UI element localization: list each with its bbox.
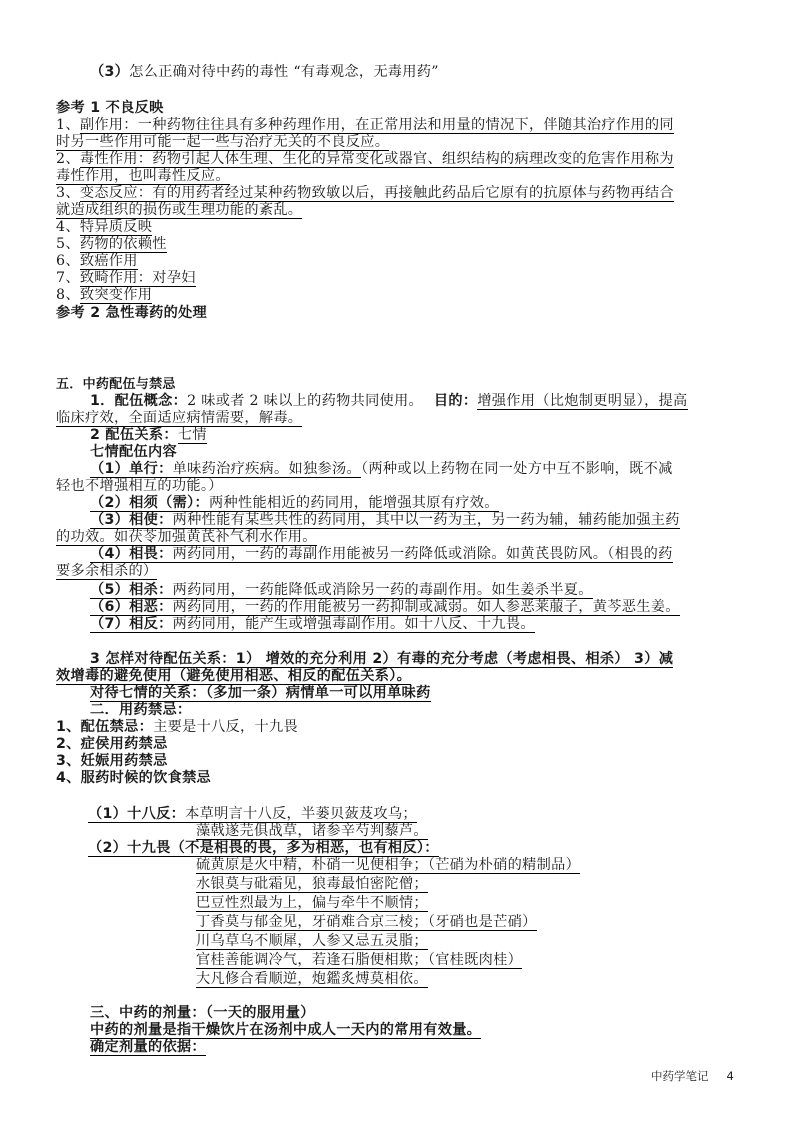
verse-line: 大凡修合看顺逆，炮鑑炙煿莫相依。 — [196, 971, 428, 988]
purpose-cont: 临床疗效，全面适应病情需要，解毒。 — [56, 410, 302, 427]
item-text: 药物的依赖性 — [80, 236, 167, 253]
verse-line: 巴豆性烈最为上，偏与牵牛不顺情； — [196, 895, 428, 912]
contra-item-1: 1、配伍禁忌：主要是十八反，十九畏 — [56, 719, 298, 736]
qiqing-label: （6）相恶： — [90, 599, 173, 615]
toxicity-attitude-line: （3）怎么正确对待中药的毒性 “有毒观念，无毒用药” — [90, 64, 439, 81]
nineteen-verse-3: 巴豆性烈最为上，偏与牵牛不顺情； — [196, 895, 428, 912]
item-text: 变态反应：有的用药者经过某种药物致敏以后，再接触此药品后它原有的抗原体与药物再结… — [80, 185, 674, 202]
verse-line: 官桂善能调冷气，若逢石脂便相欺；（官桂既肉桂） — [196, 952, 522, 969]
ref1-item-4: 4、特异质反映 — [56, 219, 152, 236]
qiqing-1: （1）单行：单味药治疗疾病。如独参汤。（两种或以上药物在同一处方中互不影响，既不… — [90, 461, 673, 478]
qiqing-text: 两种性能相近的药同用，能增强其原有疗效。 — [209, 495, 499, 511]
concept-label: 1．配伍概念： — [90, 393, 187, 409]
ref1-item-6: 6、致癌作用 — [56, 253, 138, 270]
relation-line: 2 配伍关系：七情 — [90, 427, 207, 444]
item-text: 致突变作用 — [80, 287, 152, 304]
ref1-title: 参考 1 不良反映 — [56, 100, 164, 117]
dosage-basis-text: 确定剂量的依据： — [90, 1039, 206, 1056]
qiqing-text: 的功效。如茯苓加强黄芪补气利水作用。 — [56, 529, 317, 546]
ref1-item-2: 2、毒性作用：药物引起人体生理、生化的异常变化或器官、组织结构的病理改变的危害作… — [56, 151, 674, 168]
purpose-text: 临床疗效，全面适应病情需要，解毒。 — [56, 410, 302, 427]
verse-line: 藻戟遂芫俱战草，诸参辛芍判藜芦。 — [196, 823, 428, 840]
contra-item-2: 2、症侯用药禁忌 — [56, 736, 168, 753]
ref1-item-8: 8、致突变作用 — [56, 287, 152, 304]
relation-label: 2 配伍关系： — [90, 427, 178, 443]
qiqing-4-cont: 要多余相杀的） — [56, 563, 157, 580]
verse-line: 丁香莫与郁金见，牙硝难合京三棱；（牙硝也是芒硝） — [196, 914, 537, 931]
qiqing-7: （7）相反：两药同用，能产生或增强毒副作用。如十八反、十九畏。 — [90, 616, 535, 633]
qiqing-text: 单味药治疗疾病。如独参汤。 — [173, 461, 361, 477]
ref1-item-3-cont: 就造成组织的损伤或生理功能的紊乱。 — [56, 202, 302, 219]
nineteen-verse-5: 川乌草乌不顺犀，人参又忌五灵脂； — [196, 933, 428, 950]
concept-text: 2 味或者 2 味以上的药物共同使用。 — [187, 393, 423, 409]
handle-text: 效增毒的避免使用（避免使用相恶、相反的配伍关系）。 — [56, 668, 411, 685]
item-number: 4、 — [56, 219, 80, 235]
nineteen-verse-2: 水银莫与砒霜见，狼毒最怕密陀僧； — [196, 876, 428, 893]
contra-text: 主要是十八反，十九畏 — [153, 719, 298, 735]
item-number: 6、 — [56, 253, 80, 269]
eighteen-label: （1）十八反： — [88, 806, 185, 822]
page-number: 4 — [727, 1069, 734, 1083]
nineteen-fears: （2）十九畏（不是相畏的畏，多为相恶，也有相反）： — [88, 840, 439, 857]
qiqing-label: （4）相畏： — [90, 546, 173, 562]
qiqing-title: 七情配伍内容 — [90, 444, 177, 461]
item-text: 致畸作用：对孕妇 — [80, 270, 196, 287]
eighteen-opposites: （1）十八反：本草明言十八反，半蒌贝蔹芨攻乌； — [88, 806, 417, 823]
nineteen-verse-4: 丁香莫与郁金见，牙硝难合京三棱；（牙硝也是芒硝） — [196, 914, 537, 931]
verse-line: 川乌草乌不顺犀，人参又忌五灵脂； — [196, 933, 428, 950]
relation-value: 七情 — [178, 427, 207, 444]
purpose-text: 增强作用（比炮制更明显），提高 — [477, 393, 687, 410]
nineteen-verse-6: 官桂善能调冷气，若逢石脂便相欺；（官桂既肉桂） — [196, 952, 522, 969]
contra-item-3: 3、妊娠用药禁忌 — [56, 753, 168, 770]
qiqing-text: 两药同用，能产生或增强毒副作用。如十八反、十九畏。 — [173, 616, 535, 632]
item-text: 特异质反映 — [80, 219, 152, 236]
verse-line: 水银莫与砒霜见，狼毒最怕密陀僧； — [196, 876, 428, 893]
qiqing-4: （4）相畏：两药同用，一药的毒副作用能被另一药降低或消除。如黄芪畏防风。（相畏的… — [90, 546, 673, 563]
ref1-item-2-cont: 毒性作用，也叫毒性反应。 — [56, 168, 230, 185]
qiqing-1-cont: 轻也不增强相互的功能。） — [56, 478, 223, 495]
item-number: 1、 — [56, 117, 80, 133]
page-footer: 中药学笔记4 — [651, 1068, 734, 1084]
handle-text: 3 怎样对待配伍关系：1） 增效的充分利用 2）有毒的充分考虑（考虑相畏、相杀）… — [90, 651, 673, 668]
item-number: 2、 — [56, 151, 80, 167]
ref1-item-5: 5、药物的依赖性 — [56, 236, 167, 253]
nineteen-label: （2）十九畏（不是相畏的畏，多为相恶，也有相反）： — [88, 840, 439, 857]
contraindications-title: 二．用药禁忌： — [90, 702, 191, 719]
dosage-basis: 确定剂量的依据： — [90, 1039, 206, 1056]
dosage-definition-text: 中药的剂量是指干燥饮片在汤剂中成人一天内的常用有效量。 — [90, 1022, 481, 1039]
qiqing-text: 两药同用，一药能降低或消除另一药的毒副作用。如生姜杀半夏。 — [173, 582, 593, 598]
qiqing-label: （3）相使： — [90, 512, 173, 528]
item-text: 致癌作用 — [80, 253, 138, 270]
ref1-item-1: 1、副作用：一种药物往往具有多种药理作用，在正常用法和用量的情况下，伴随其治疗作… — [56, 117, 674, 134]
item-text: 副作用：一种药物往往具有多种药理作用，在正常用法和用量的情况下，伴随其治疗作用的… — [80, 117, 674, 134]
qiqing-text: 两种性能有某些共性的药同用，其中以一药为主，另一药为辅，辅药能加强主药 — [173, 512, 680, 528]
item-number: 5、 — [56, 236, 80, 252]
ref1-item-7: 7、致畸作用：对孕妇 — [56, 270, 196, 287]
contra-label: 1、配伍禁忌： — [56, 719, 153, 735]
qiqing-label: （7）相反： — [90, 616, 173, 632]
concept-line: 1．配伍概念：2 味或者 2 味以上的药物共同使用。 目的：增强作用（比炮制更明… — [90, 393, 688, 410]
dosage-definition: 中药的剂量是指干燥饮片在汤剂中成人一天内的常用有效量。 — [90, 1022, 481, 1039]
qiqing-label: （2）相须（需）： — [90, 495, 209, 511]
section5-title: 五．中药配伍与禁忌 — [56, 376, 176, 393]
treat-qiqing-line: 对待七情的关系：（多加一条）病情单一可以用单味药 — [90, 685, 431, 702]
treat-text: 对待七情的关系：（多加一条）病情单一可以用单味药 — [90, 685, 431, 702]
qiqing-3: （3）相使：两种性能有某些共性的药同用，其中以一药为主，另一药为辅，辅药能加强主… — [90, 512, 680, 529]
item-text: 毒性作用：药物引起人体生理、生化的异常变化或器官、组织结构的病理改变的危害作用称… — [80, 151, 674, 168]
qiqing-2: （2）相须（需）：两种性能相近的药同用，能增强其原有疗效。 — [90, 495, 499, 512]
ref1-item-3: 3、变态反应：有的用药者经过某种药物致敏以后，再接触此药品后它原有的抗原体与药物… — [56, 185, 674, 202]
item-number: 3、 — [56, 185, 80, 201]
qiqing-text: 两药同用，一药的作用能被另一药抑制或减弱。如人参恶莱菔子，黄芩恶生姜。 — [173, 599, 680, 615]
nineteen-verse-7: 大凡修合看顺逆，炮鑑炙煿莫相依。 — [196, 971, 428, 988]
nineteen-verse-1: 硫黄原是火中精，朴硝一见便相争；（芒硝为朴硝的精制品） — [196, 857, 580, 874]
item-text: 就造成组织的损伤或生理功能的紊乱。 — [56, 202, 302, 219]
verse-line: 本草明言十八反，半蒌贝蔹芨攻乌； — [185, 806, 417, 822]
qiqing-label: （5）相杀： — [90, 582, 173, 598]
verse-line: 硫黄原是火中精，朴硝一见便相争；（芒硝为朴硝的精制品） — [196, 857, 580, 874]
contra-item-4: 4、服药时候的饮食禁忌 — [56, 770, 211, 787]
qiqing-6: （6）相恶：两药同用，一药的作用能被另一药抑制或减弱。如人参恶莱菔子，黄芩恶生姜… — [90, 599, 680, 616]
qiqing-label: （1）单行： — [90, 461, 173, 477]
ref2-title: 参考 2 急性毒药的处理 — [56, 305, 207, 322]
ref1-item-1-cont: 时另一些作用可能一起一些与治疗无关的不良反应。 — [56, 134, 389, 151]
footer-title: 中药学笔记 — [651, 1069, 709, 1083]
item-text: 毒性作用，也叫毒性反应。 — [56, 168, 230, 185]
item-number: 7、 — [56, 270, 80, 286]
qiqing-text: 要多余相杀的） — [56, 563, 157, 580]
purpose-label: 目的： — [434, 393, 477, 409]
qiqing-3-cont: 的功效。如茯苓加强黄芪补气利水作用。 — [56, 529, 317, 546]
intro-text: 怎么正确对待中药的毒性 “有毒观念，无毒用药” — [129, 64, 439, 80]
qiqing-note: （两种或以上药物在同一处方中互不影响，既不减 — [361, 461, 673, 477]
handle-relations-cont: 效增毒的避免使用（避免使用相恶、相反的配伍关系）。 — [56, 668, 411, 685]
qiqing-text: 两药同用，一药的毒副作用能被另一药降低或消除。如黄芪畏防风。（相畏的药 — [173, 546, 673, 562]
handle-relations-line: 3 怎样对待配伍关系：1） 增效的充分利用 2）有毒的充分考虑（考虑相畏、相杀）… — [90, 651, 673, 668]
item-number: （3） — [90, 64, 129, 80]
qiqing-5: （5）相杀：两药同用，一药能降低或消除另一药的毒副作用。如生姜杀半夏。 — [90, 582, 593, 599]
item-number: 8、 — [56, 287, 80, 303]
item-text: 时另一些作用可能一起一些与治疗无关的不良反应。 — [56, 134, 389, 151]
eighteen-verse-2: 藻戟遂芫俱战草，诸参辛芍判藜芦。 — [196, 823, 428, 840]
dosage-title: 三、中药的剂量：（一天的服用量） — [90, 1005, 315, 1022]
